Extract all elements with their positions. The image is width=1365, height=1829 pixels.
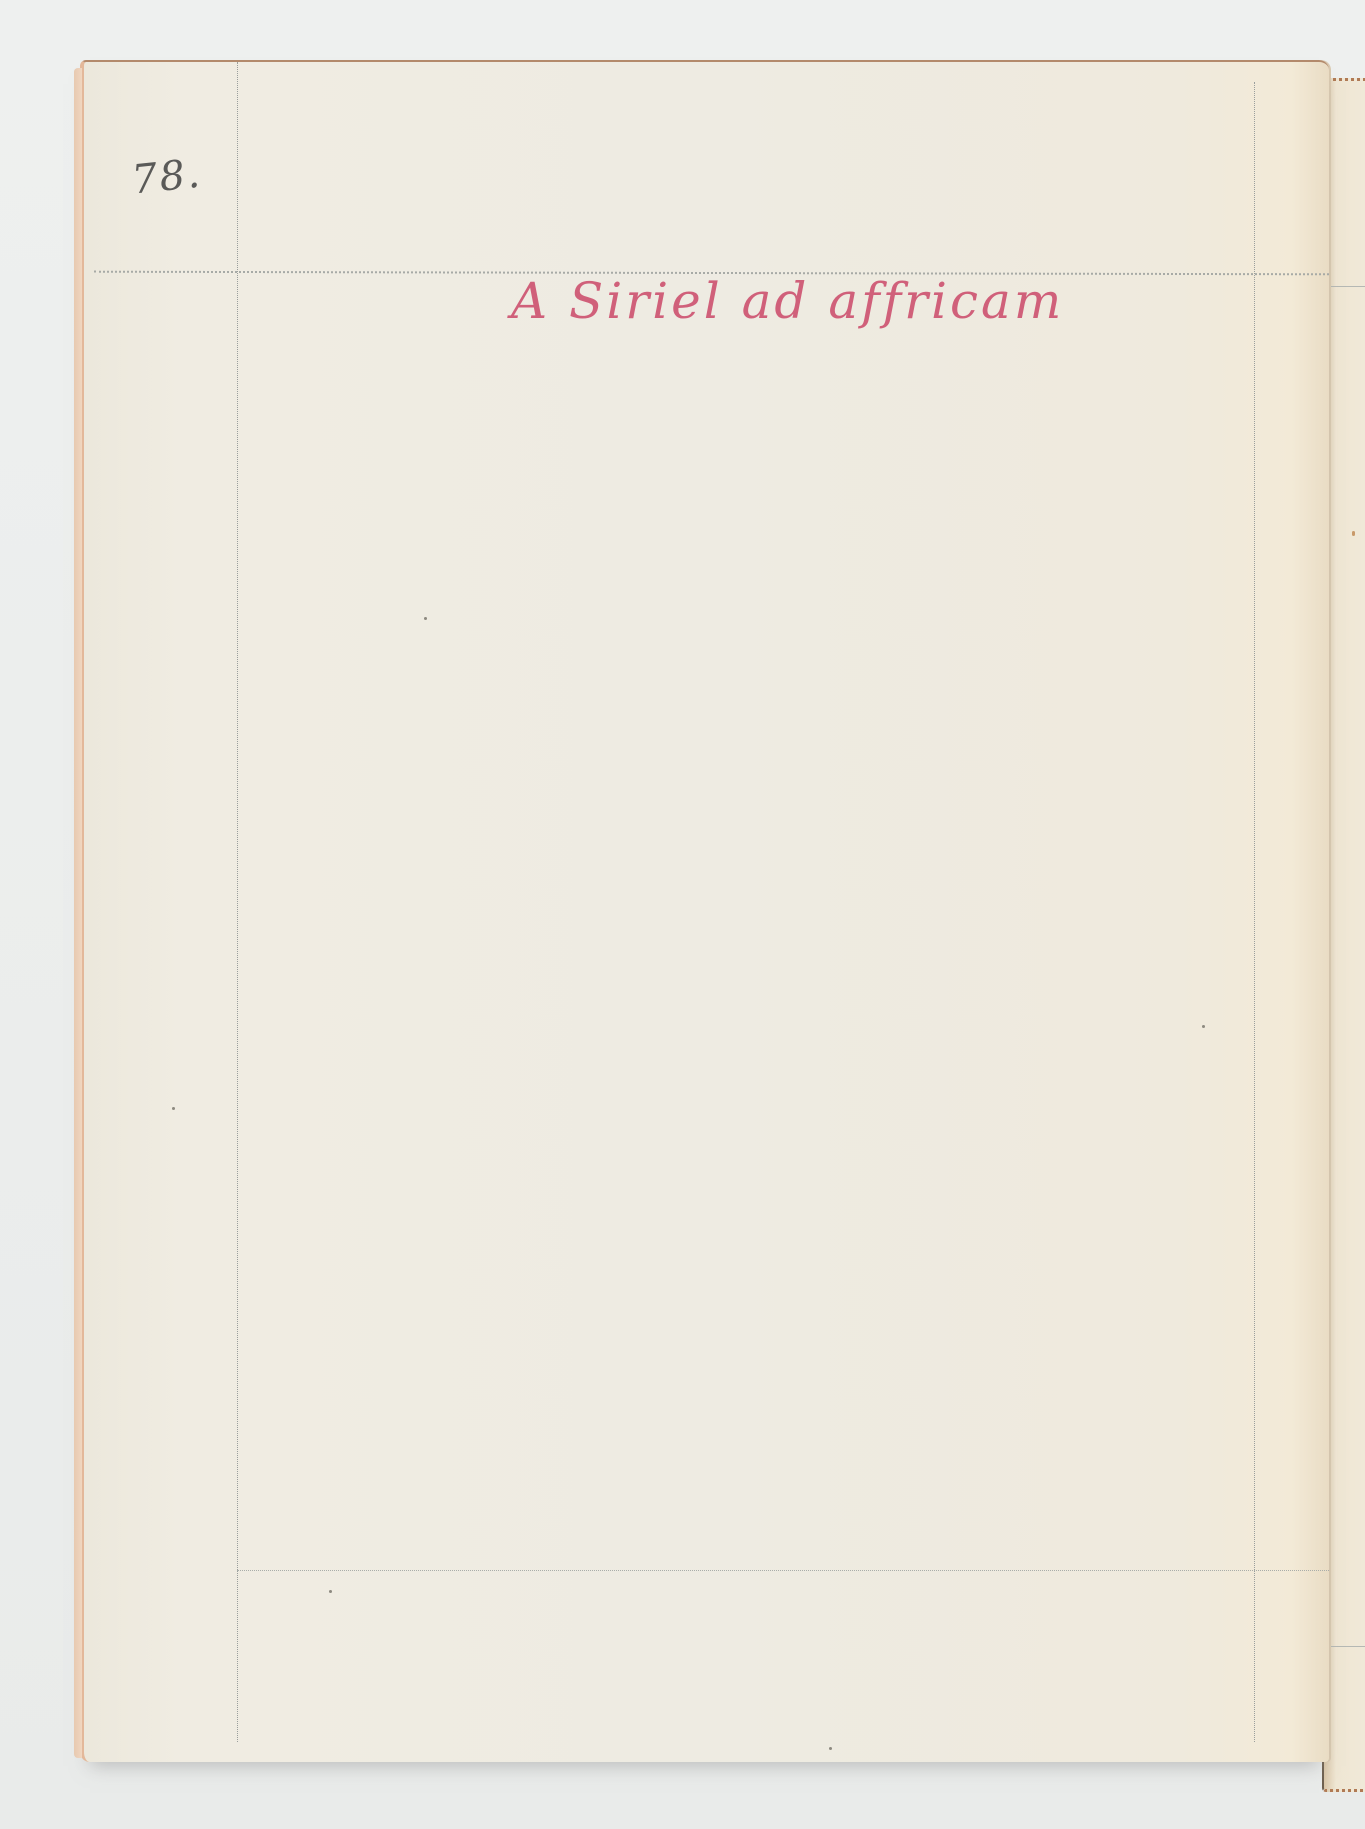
left-margin-rule [237, 62, 238, 1742]
page-heading: A Siriel ad affricam [511, 272, 1064, 330]
paper-speck [424, 617, 427, 620]
manuscript-page: 78. A Siriel ad affricam [80, 60, 1329, 1762]
ink-speck [1352, 531, 1355, 536]
right-margin-rule [1254, 82, 1255, 1742]
paper-speck [829, 1747, 832, 1750]
adjacent-page-rule-top [1324, 286, 1365, 287]
paper-speck [329, 1590, 332, 1593]
folio-number: 78. [130, 150, 204, 203]
bottom-margin-rule [237, 1570, 1329, 1571]
adjacent-page-rule-bottom [1324, 1646, 1365, 1647]
paper-speck [172, 1107, 175, 1110]
page-gilt-edge [74, 68, 82, 1758]
paper-speck [1202, 1025, 1205, 1028]
